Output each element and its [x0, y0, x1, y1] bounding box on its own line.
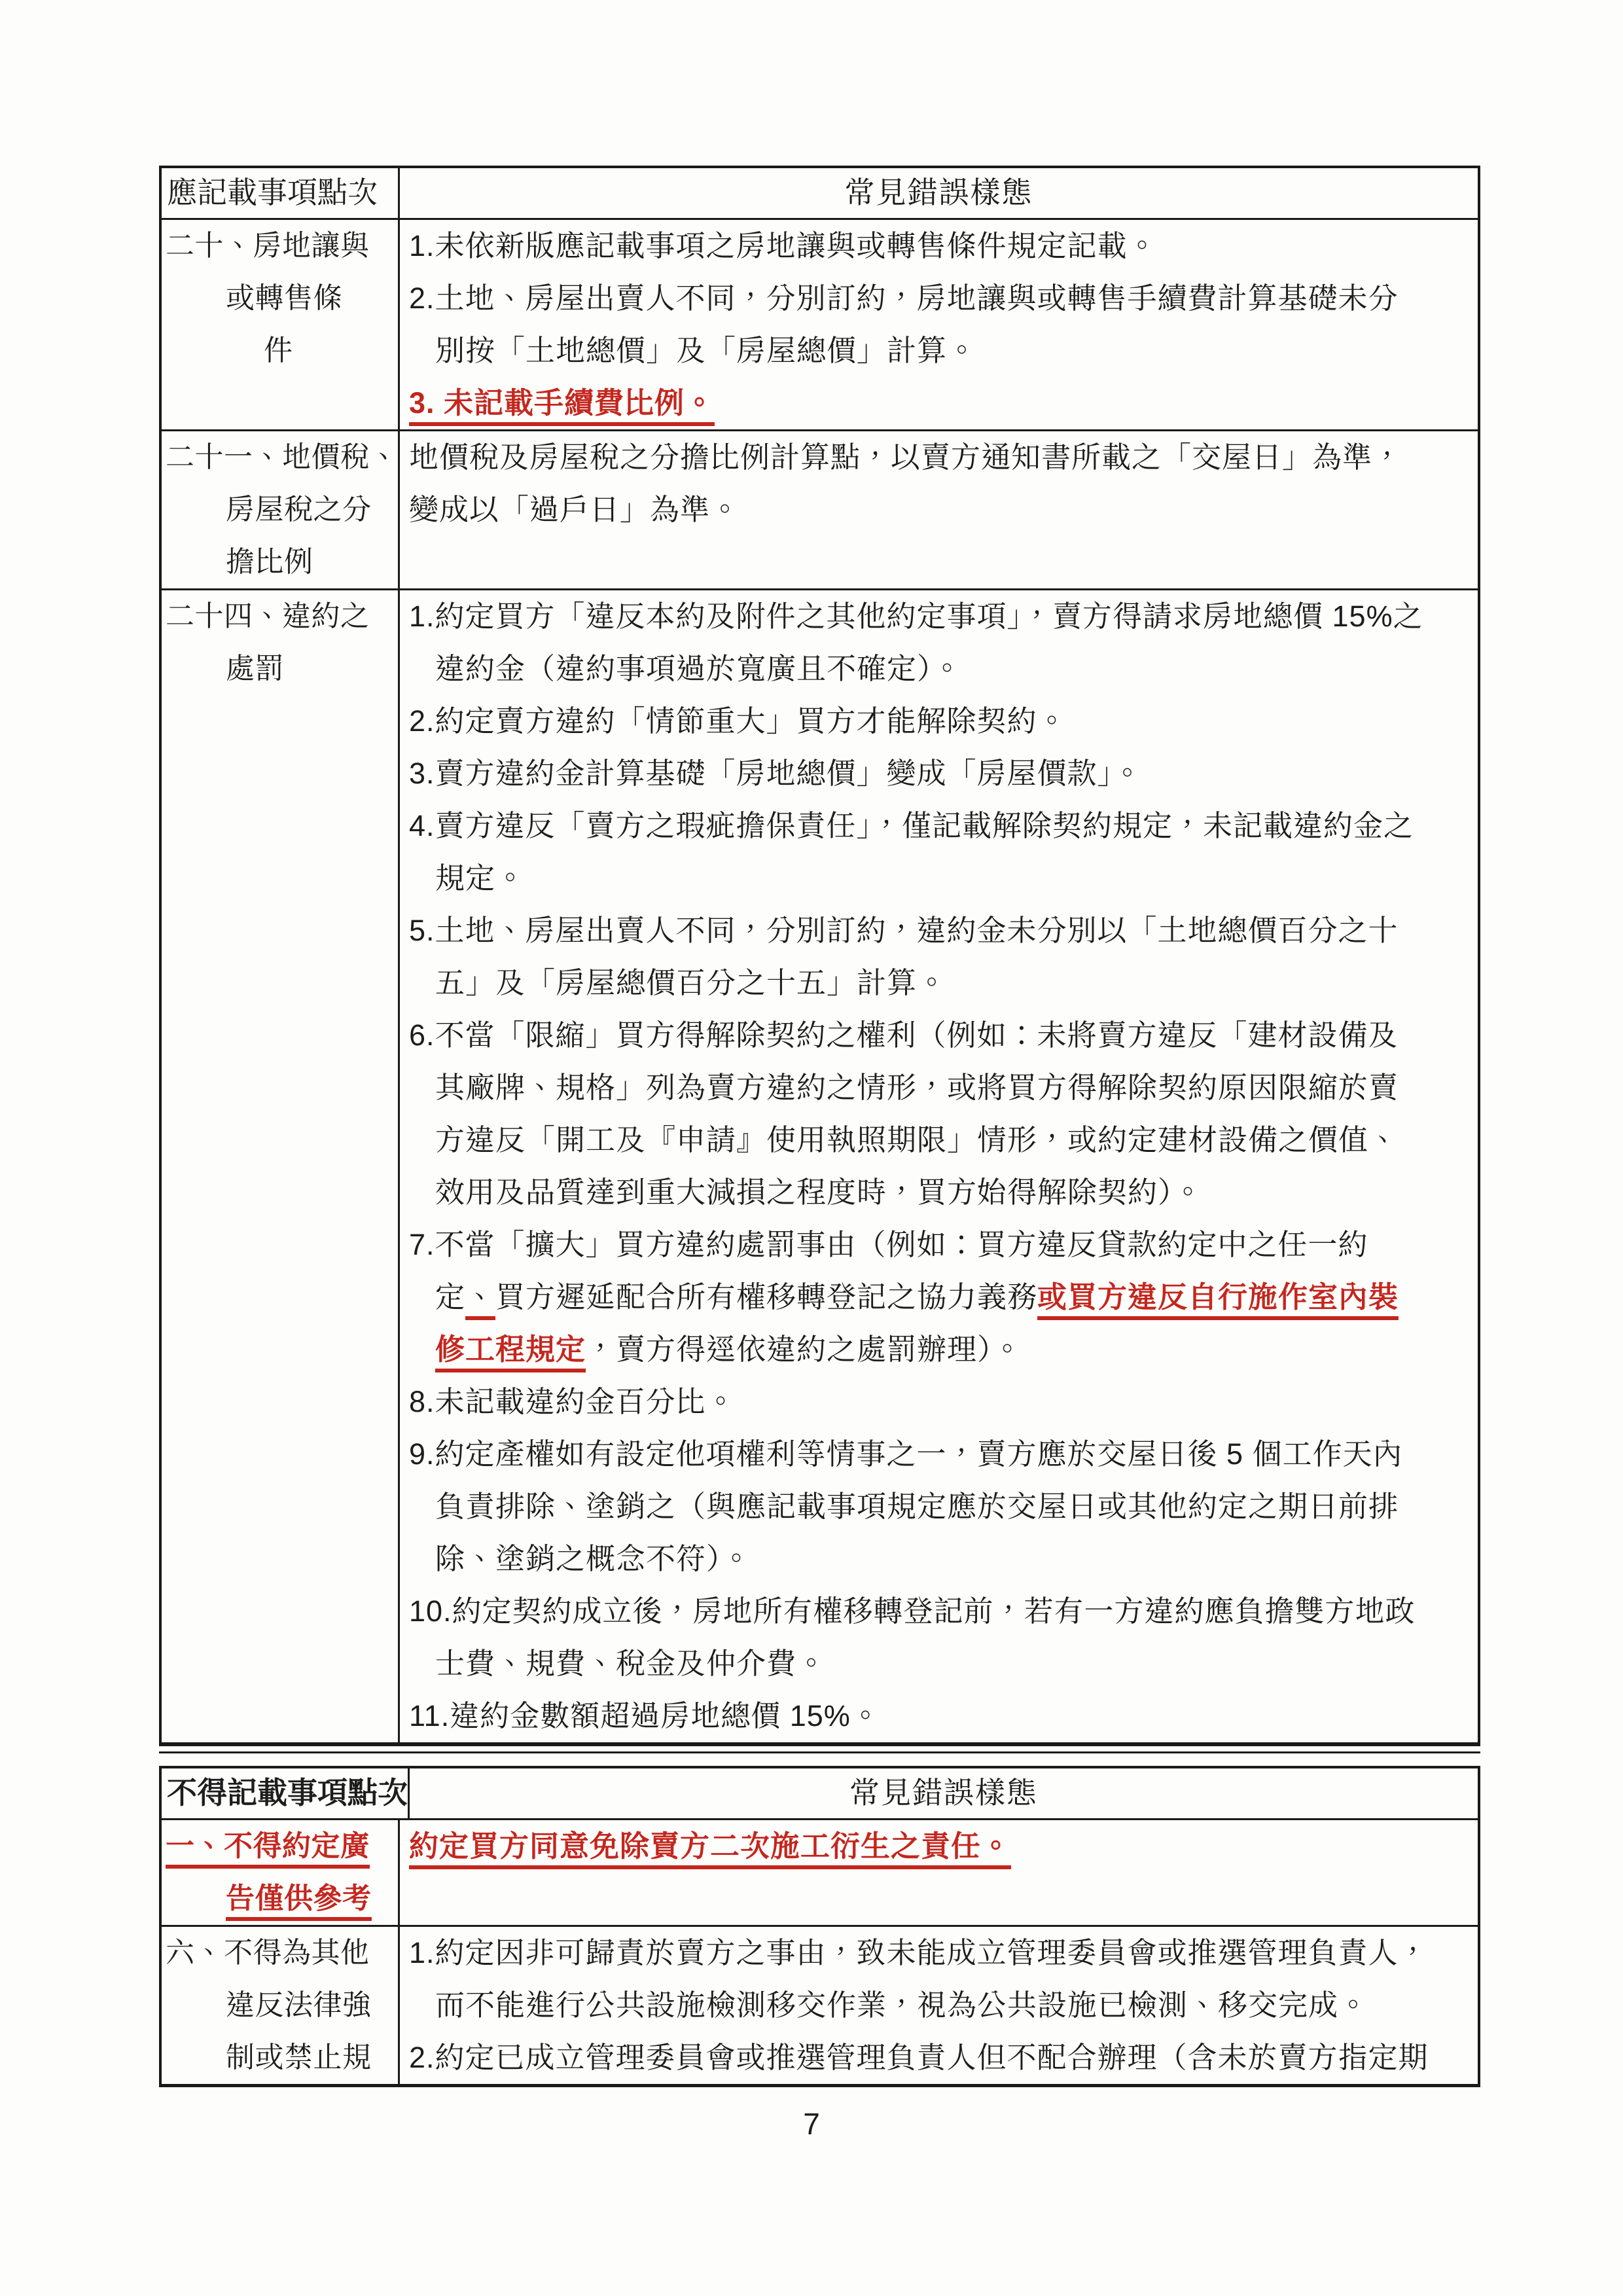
- text-line: 除、塗銷之概念不符）。: [400, 1533, 1478, 1585]
- text-line: 二十四、違約之: [162, 590, 398, 643]
- text-segment: 買方遲延配合所有權移轉登記之協力義務: [495, 1280, 1037, 1314]
- text-segment: 、: [465, 1280, 495, 1320]
- table-bottom-rule: [159, 1751, 1480, 1753]
- text-line: 11.違約金數額超過房地總價 15%。: [400, 1690, 1478, 1742]
- error-patterns-column-header: 常見錯誤樣態: [410, 1768, 1478, 1818]
- text-line: 8.未記載違約金百分比。: [400, 1376, 1478, 1428]
- item-number-column-header: 不得記載事項點次: [162, 1768, 410, 1818]
- text-line: 修工程規定，賣方得逕依違約之處罰辦理）。: [400, 1323, 1478, 1376]
- text-line: 3.賣方違約金計算基礎「房地總價」變成「房屋價款」。: [400, 747, 1478, 800]
- table-header-row: 應記載事項點次 常見錯誤樣態: [162, 168, 1478, 220]
- text-line: 約定買方同意免除賣方二次施工衍生之責任。: [400, 1820, 1478, 1873]
- text-line: 或轉售條: [162, 272, 398, 325]
- text-line: 4.賣方違反「賣方之瑕疵擔保責任」，僅記載解除契約規定，未記載違約金之: [400, 800, 1478, 852]
- text-segment: 五」及「房屋總價百分之十五」計算。: [435, 966, 947, 999]
- text-segment: 負責排除、塗銷之（與應記載事項規定應於交屋日或其他約定之期日前排: [435, 1490, 1399, 1523]
- text-line: 方違反「開工及『申請』使用執照期限」情形，或約定建材設備之價值、: [400, 1114, 1478, 1166]
- text-line: 處罰: [162, 643, 398, 695]
- text-line: 2.土地、房屋出賣人不同，分別訂約，房地讓與或轉售手續費計算基礎未分: [400, 272, 1478, 325]
- table-header-row: 不得記載事項點次 常見錯誤樣態: [162, 1768, 1478, 1820]
- text-segment: 規定。: [435, 861, 526, 895]
- table-body: 一、不得約定廣告僅供參考約定買方同意免除賣方二次施工衍生之責任。六、不得為其他違…: [162, 1820, 1478, 2084]
- text-line: 房屋稅之分: [162, 484, 398, 536]
- text-line: 10.約定契約成立後，房地所有權移轉登記前，若有一方違約應負擔雙方地政: [400, 1585, 1478, 1638]
- text-segment: 效用及品質達到重大減損之程度時，買方始得解除契約）。: [435, 1175, 1204, 1209]
- text-line: 變成以「過戶日」為準。: [400, 484, 1478, 536]
- text-segment: 方違反「開工及『申請』使用執照期限」情形，或約定建材設備之價值、: [435, 1123, 1399, 1157]
- text-segment: 1.約定因非可歸責於賣方之事由，致未能成立管理委員會或推選管理負責人，: [409, 1936, 1429, 1969]
- text-segment: 1.未依新版應記載事項之房地讓與或轉售條件規定記載。: [409, 229, 1158, 262]
- text-line: 3. 未記載手續費比例。: [400, 377, 1478, 429]
- text-segment: 3.賣方違約金計算基礎「房地總價」變成「房屋價款」。: [409, 757, 1143, 790]
- text-segment: 8.未記載違約金百分比。: [409, 1385, 736, 1418]
- text-segment: 2.土地、房屋出賣人不同，分別訂約，房地讓與或轉售手續費計算基礎未分: [409, 281, 1399, 315]
- text-line: 擔比例: [162, 536, 398, 588]
- text-segment: 擔比例: [226, 546, 313, 578]
- revision-red-text: 一、不得約定廣: [166, 1830, 370, 1869]
- text-line: 二十一、地價稅、: [162, 431, 398, 484]
- text-line: 2.約定已成立管理委員會或推選管理負責人但不配合辦理（含未於賣方指定期: [400, 2032, 1478, 2084]
- text-segment: 定: [435, 1280, 465, 1314]
- text-segment: ，賣方得逕依違約之處罰辦理）。: [586, 1333, 1023, 1366]
- error-patterns-cell: 1.約定買方「違反本約及附件之其他約定事項」，賣方得請求房地總價 15%之違約金…: [400, 590, 1478, 1742]
- text-line: 9.約定產權如有設定他項權利等情事之一，賣方應於交屋日後 5 個工作天內: [400, 1428, 1478, 1480]
- item-number-cell: 六、不得為其他違反法律強制或禁止規: [162, 1927, 400, 2084]
- table-body: 二十、房地讓與或轉售條件1.未依新版應記載事項之房地讓與或轉售條件規定記載。2.…: [162, 220, 1478, 1742]
- text-segment: 9.約定產權如有設定他項權利等情事之一，賣方應於交屋日後 5 個工作天內: [409, 1437, 1403, 1471]
- text-line: 二十、房地讓與: [162, 220, 398, 272]
- text-line: 地價稅及房屋稅之分擔比例計算點，以賣方通知書所載之「交屋日」為準，: [400, 431, 1478, 484]
- text-line: 效用及品質達到重大減損之程度時，買方始得解除契約）。: [400, 1166, 1478, 1219]
- text-segment: 違約金（違約事項過於寬廣且不確定）。: [435, 652, 963, 685]
- revision-red-text: 修工程規定: [435, 1333, 586, 1372]
- item-number-cell: 二十四、違約之處罰: [162, 590, 400, 1742]
- text-segment: 士費、規費、稅金及仲介費。: [435, 1647, 827, 1680]
- table-row: 一、不得約定廣告僅供參考約定買方同意免除賣方二次施工衍生之責任。: [162, 1820, 1478, 1925]
- page-number: 7: [0, 2106, 1623, 2142]
- text-segment: 而不能進行公共設施檢測移交作業，視為公共設施已檢測、移交完成。: [435, 1988, 1368, 2022]
- revision-red-text: 約定買方同意免除賣方二次施工衍生之責任。: [409, 1829, 1011, 1869]
- text-segment: 10.約定契約成立後，房地所有權移轉登記前，若有一方違約應負擔雙方地政: [409, 1594, 1416, 1628]
- text-segment: 4.賣方違反「賣方之瑕疵擔保責任」，僅記載解除契約規定，未記載違約金之: [409, 809, 1414, 842]
- text-segment: 11.違約金數額超過房地總價 15%。: [409, 1699, 881, 1732]
- table-row: 二十、房地讓與或轉售條件1.未依新版應記載事項之房地讓與或轉售條件規定記載。2.…: [162, 220, 1478, 429]
- error-patterns-cell: 1.約定因非可歸責於賣方之事由，致未能成立管理委員會或推選管理負責人，而不能進行…: [400, 1927, 1478, 2084]
- text-segment: 其廠牌、規格」列為賣方違約之情形，或將買方得解除契約原因限縮於賣: [435, 1071, 1399, 1104]
- revision-red-text: 告僅供參考: [226, 1882, 372, 1921]
- text-line: 六、不得為其他: [162, 1927, 398, 1979]
- item-number-cell: 二十、房地讓與或轉售條件: [162, 220, 400, 429]
- text-line: 制或禁止規: [162, 2032, 398, 2084]
- text-segment: 別按「土地總價」及「房屋總價」計算。: [435, 334, 977, 367]
- text-segment: 房屋稅之分: [226, 493, 372, 526]
- text-line: 件: [162, 325, 398, 377]
- text-segment: 5.土地、房屋出賣人不同，分別訂約，違約金未分別以「土地總價百分之十: [409, 914, 1399, 947]
- text-line: 而不能進行公共設施檢測移交作業，視為公共設施已檢測、移交完成。: [400, 1979, 1478, 2032]
- required-items-table: 應記載事項點次 常見錯誤樣態 二十、房地讓與或轉售條件1.未依新版應記載事項之房…: [159, 166, 1480, 1746]
- text-segment: 地價稅及房屋稅之分擔比例計算點，以賣方通知書所載之「交屋日」為準，: [409, 440, 1402, 474]
- text-line: 5.土地、房屋出賣人不同，分別訂約，違約金未分別以「土地總價百分之十: [400, 905, 1478, 957]
- text-segment: 件: [264, 334, 293, 367]
- table-row: 二十一、地價稅、房屋稅之分擔比例地價稅及房屋稅之分擔比例計算點，以賣方通知書所載…: [162, 429, 1478, 588]
- text-line: 其廠牌、規格」列為賣方違約之情形，或將買方得解除契約原因限縮於賣: [400, 1062, 1478, 1114]
- prohibited-items-table: 不得記載事項點次 常見錯誤樣態 一、不得約定廣告僅供參考約定買方同意免除賣方二次…: [159, 1766, 1480, 2087]
- text-line: 告僅供參考: [162, 1873, 398, 1925]
- text-segment: 2.約定賣方違約「情節重大」買方才能解除契約。: [409, 704, 1067, 738]
- text-line: 別按「土地總價」及「房屋總價」計算。: [400, 325, 1478, 377]
- text-line: 一、不得約定廣: [162, 1820, 398, 1873]
- text-line: 規定。: [400, 852, 1478, 905]
- revision-red-text: 3. 未記載手續費比例。: [409, 386, 715, 426]
- text-line: 五」及「房屋總價百分之十五」計算。: [400, 957, 1478, 1009]
- text-segment: 或轉售條: [226, 282, 342, 314]
- text-segment: 除、塗銷之概念不符）。: [435, 1542, 752, 1575]
- text-segment: 違反法律強: [226, 1989, 372, 2021]
- text-segment: 二十、房地讓與: [166, 230, 370, 262]
- text-line: 1.約定買方「違反本約及附件之其他約定事項」，賣方得請求房地總價 15%之: [400, 590, 1478, 643]
- text-segment: 制或禁止規: [226, 2041, 372, 2073]
- table-row: 二十四、違約之處罰1.約定買方「違反本約及附件之其他約定事項」，賣方得請求房地總…: [162, 588, 1478, 1742]
- text-segment: 1.約定買方「違反本約及附件之其他約定事項」，賣方得請求房地總價 15%之: [409, 600, 1423, 633]
- revision-red-text: 或買方違反自行施作室內裝: [1037, 1280, 1399, 1320]
- text-line: 2.約定賣方違約「情節重大」買方才能解除契約。: [400, 695, 1478, 747]
- text-line: 1.未依新版應記載事項之房地讓與或轉售條件規定記載。: [400, 220, 1478, 272]
- text-segment: 二十四、違約之: [166, 600, 370, 632]
- text-segment: 六、不得為其他: [166, 1937, 370, 1969]
- item-number-cell: 二十一、地價稅、房屋稅之分擔比例: [162, 431, 400, 588]
- text-segment: 2.約定已成立管理委員會或推選管理負責人但不配合辦理（含未於賣方指定期: [409, 2041, 1429, 2074]
- error-patterns-column-header: 常見錯誤樣態: [400, 168, 1478, 218]
- text-segment: 處罰: [226, 653, 284, 685]
- table-row: 六、不得為其他違反法律強制或禁止規1.約定因非可歸責於賣方之事由，致未能成立管理…: [162, 1925, 1478, 2084]
- text-line: 違約金（違約事項過於寬廣且不確定）。: [400, 643, 1478, 695]
- text-segment: 7.不當「擴大」買方違約處罰事由（例如：買方違反貸款約定中之任一約: [409, 1228, 1368, 1261]
- text-line: 定、買方遲延配合所有權移轉登記之協力義務或買方違反自行施作室內裝: [400, 1271, 1478, 1323]
- text-line: 違反法律強: [162, 1979, 398, 2032]
- text-line: 1.約定因非可歸責於賣方之事由，致未能成立管理委員會或推選管理負責人，: [400, 1927, 1478, 1979]
- error-patterns-cell: 地價稅及房屋稅之分擔比例計算點，以賣方通知書所載之「交屋日」為準，變成以「過戶日…: [400, 431, 1478, 588]
- text-segment: 變成以「過戶日」為準。: [409, 493, 740, 526]
- error-patterns-cell: 1.未依新版應記載事項之房地讓與或轉售條件規定記載。2.土地、房屋出賣人不同，分…: [400, 220, 1478, 429]
- text-line: 6.不當「限縮」買方得解除契約之權利（例如：未將賣方違反「建材設備及: [400, 1009, 1478, 1062]
- document-page: 應記載事項點次 常見錯誤樣態 二十、房地讓與或轉售條件1.未依新版應記載事項之房…: [0, 0, 1623, 2296]
- text-line: 負責排除、塗銷之（與應記載事項規定應於交屋日或其他約定之期日前排: [400, 1480, 1478, 1533]
- item-number-column-header: 應記載事項點次: [162, 168, 400, 218]
- text-segment: 6.不當「限縮」買方得解除契約之權利（例如：未將賣方違反「建材設備及: [409, 1018, 1399, 1052]
- item-number-cell: 一、不得約定廣告僅供參考: [162, 1820, 400, 1925]
- text-segment: 二十一、地價稅、: [166, 441, 399, 473]
- error-patterns-cell: 約定買方同意免除賣方二次施工衍生之責任。: [400, 1820, 1478, 1925]
- text-line: 士費、規費、稅金及仲介費。: [400, 1638, 1478, 1690]
- text-line: 7.不當「擴大」買方違約處罰事由（例如：買方違反貸款約定中之任一約: [400, 1219, 1478, 1271]
